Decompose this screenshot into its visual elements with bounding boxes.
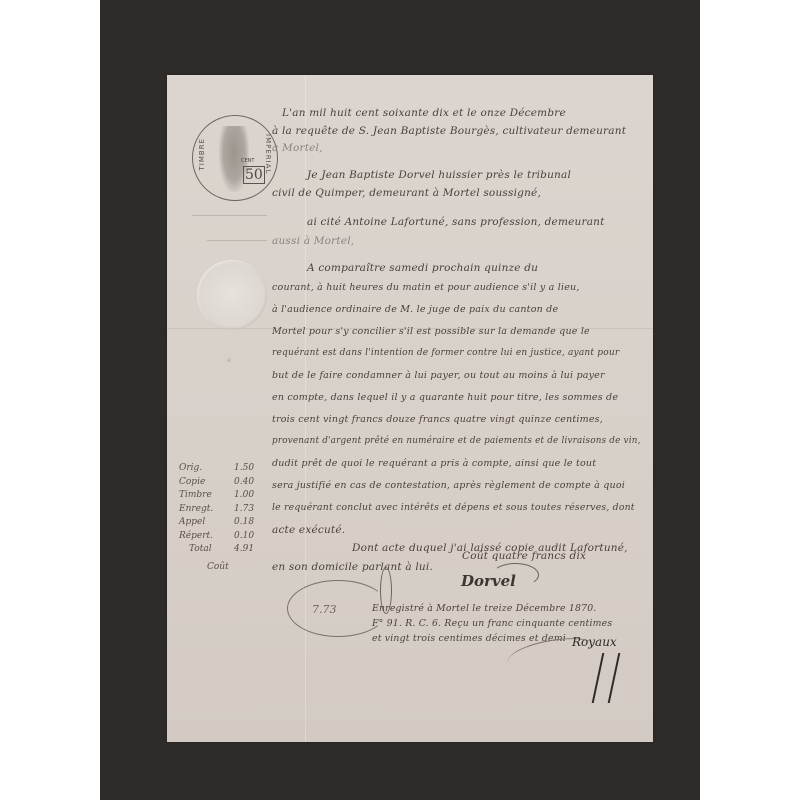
tally-row: Répert. 0.10 xyxy=(179,531,274,545)
body-line: provenant d'argent prêté en numéraire et… xyxy=(272,436,641,446)
body-line: à Mortel, xyxy=(272,142,323,154)
tally-row: Appel 0.18 xyxy=(179,517,274,531)
tally-row: Enregt. 1.73 xyxy=(179,504,274,518)
body-line: à la requête de S. Jean Baptiste Bourgès… xyxy=(272,125,626,137)
margin-faint-mark: ᴿ xyxy=(227,358,231,368)
body-line: en compte, dans lequel il y a quarante h… xyxy=(272,392,618,403)
fold-line-vertical xyxy=(305,75,306,742)
margin-pencil-mark xyxy=(207,240,267,251)
cost-line: Coût quatre francs dix xyxy=(462,550,586,562)
body-line: sera justifié en cas de contestation, ap… xyxy=(272,480,625,491)
body-line: Je Jean Baptiste Dorvel huissier près le… xyxy=(307,169,571,181)
document-sheet: TIMBRE IMPERIAL CENT 50 ᴿ L'an mil huit … xyxy=(167,75,653,742)
body-line: civil de Quimper, demeurant à Mortel sou… xyxy=(272,187,541,199)
body-line: acte exécuté. xyxy=(272,524,345,536)
body-line: courant, à huit heures du matin et pour … xyxy=(272,282,580,293)
tally-row-total: Total 4.91 xyxy=(179,544,274,558)
stamp-text-right: IMPERIAL xyxy=(264,134,272,174)
embossed-seal-icon xyxy=(197,260,267,330)
body-line: Mortel pour s'y concilier s'il est possi… xyxy=(272,326,590,337)
body-line: le requérant conclut avec intérêts et dé… xyxy=(272,502,635,513)
receiver-paraph xyxy=(592,653,621,703)
tally-row: Orig. 1.50 xyxy=(179,463,274,477)
cost-tally: Orig. 1.50 Copie 0.40 Timbre 1.00 Enregt… xyxy=(179,463,274,558)
tally-row: Timbre 1.00 xyxy=(179,490,274,504)
stamp-denomination-value: 50 xyxy=(243,166,265,184)
body-line: L'an mil huit cent soixante dix et le on… xyxy=(282,107,566,119)
body-line: à l'audience ordinaire de M. le juge de … xyxy=(272,304,558,315)
registration-line: Enregistré à Mortel le treize Décembre 1… xyxy=(372,603,596,614)
tally-footer: Coût xyxy=(207,562,229,572)
body-line: ai cité Antoine Lafortuné, sans professi… xyxy=(307,216,605,228)
registration-number: 7.73 xyxy=(312,603,337,616)
registration-line: F° 91. R. C. 6. Reçu un franc cinquante … xyxy=(372,618,612,629)
receiver-signature: Royaux xyxy=(572,635,617,649)
body-line: en son domicile parlant à lui. xyxy=(272,561,433,573)
body-line: A comparaître samedi prochain quinze du xyxy=(307,262,538,274)
stamp-denomination-label: CENT xyxy=(241,158,254,164)
stamp-text-left: TIMBRE xyxy=(198,138,206,170)
huissier-signature: Dorvel xyxy=(461,572,516,590)
imperial-revenue-stamp: TIMBRE IMPERIAL CENT 50 xyxy=(192,115,278,201)
tally-row: Copie 0.40 xyxy=(179,477,274,491)
body-line: dudit prêt de quoi le requérant a pris à… xyxy=(272,458,596,469)
body-line: trois cent vingt francs douze francs qua… xyxy=(272,414,603,425)
body-line: requérant est dans l'intention de former… xyxy=(272,348,619,358)
body-line: aussi à Mortel, xyxy=(272,235,354,247)
body-line: but de le faire condamner à lui payer, o… xyxy=(272,370,605,381)
